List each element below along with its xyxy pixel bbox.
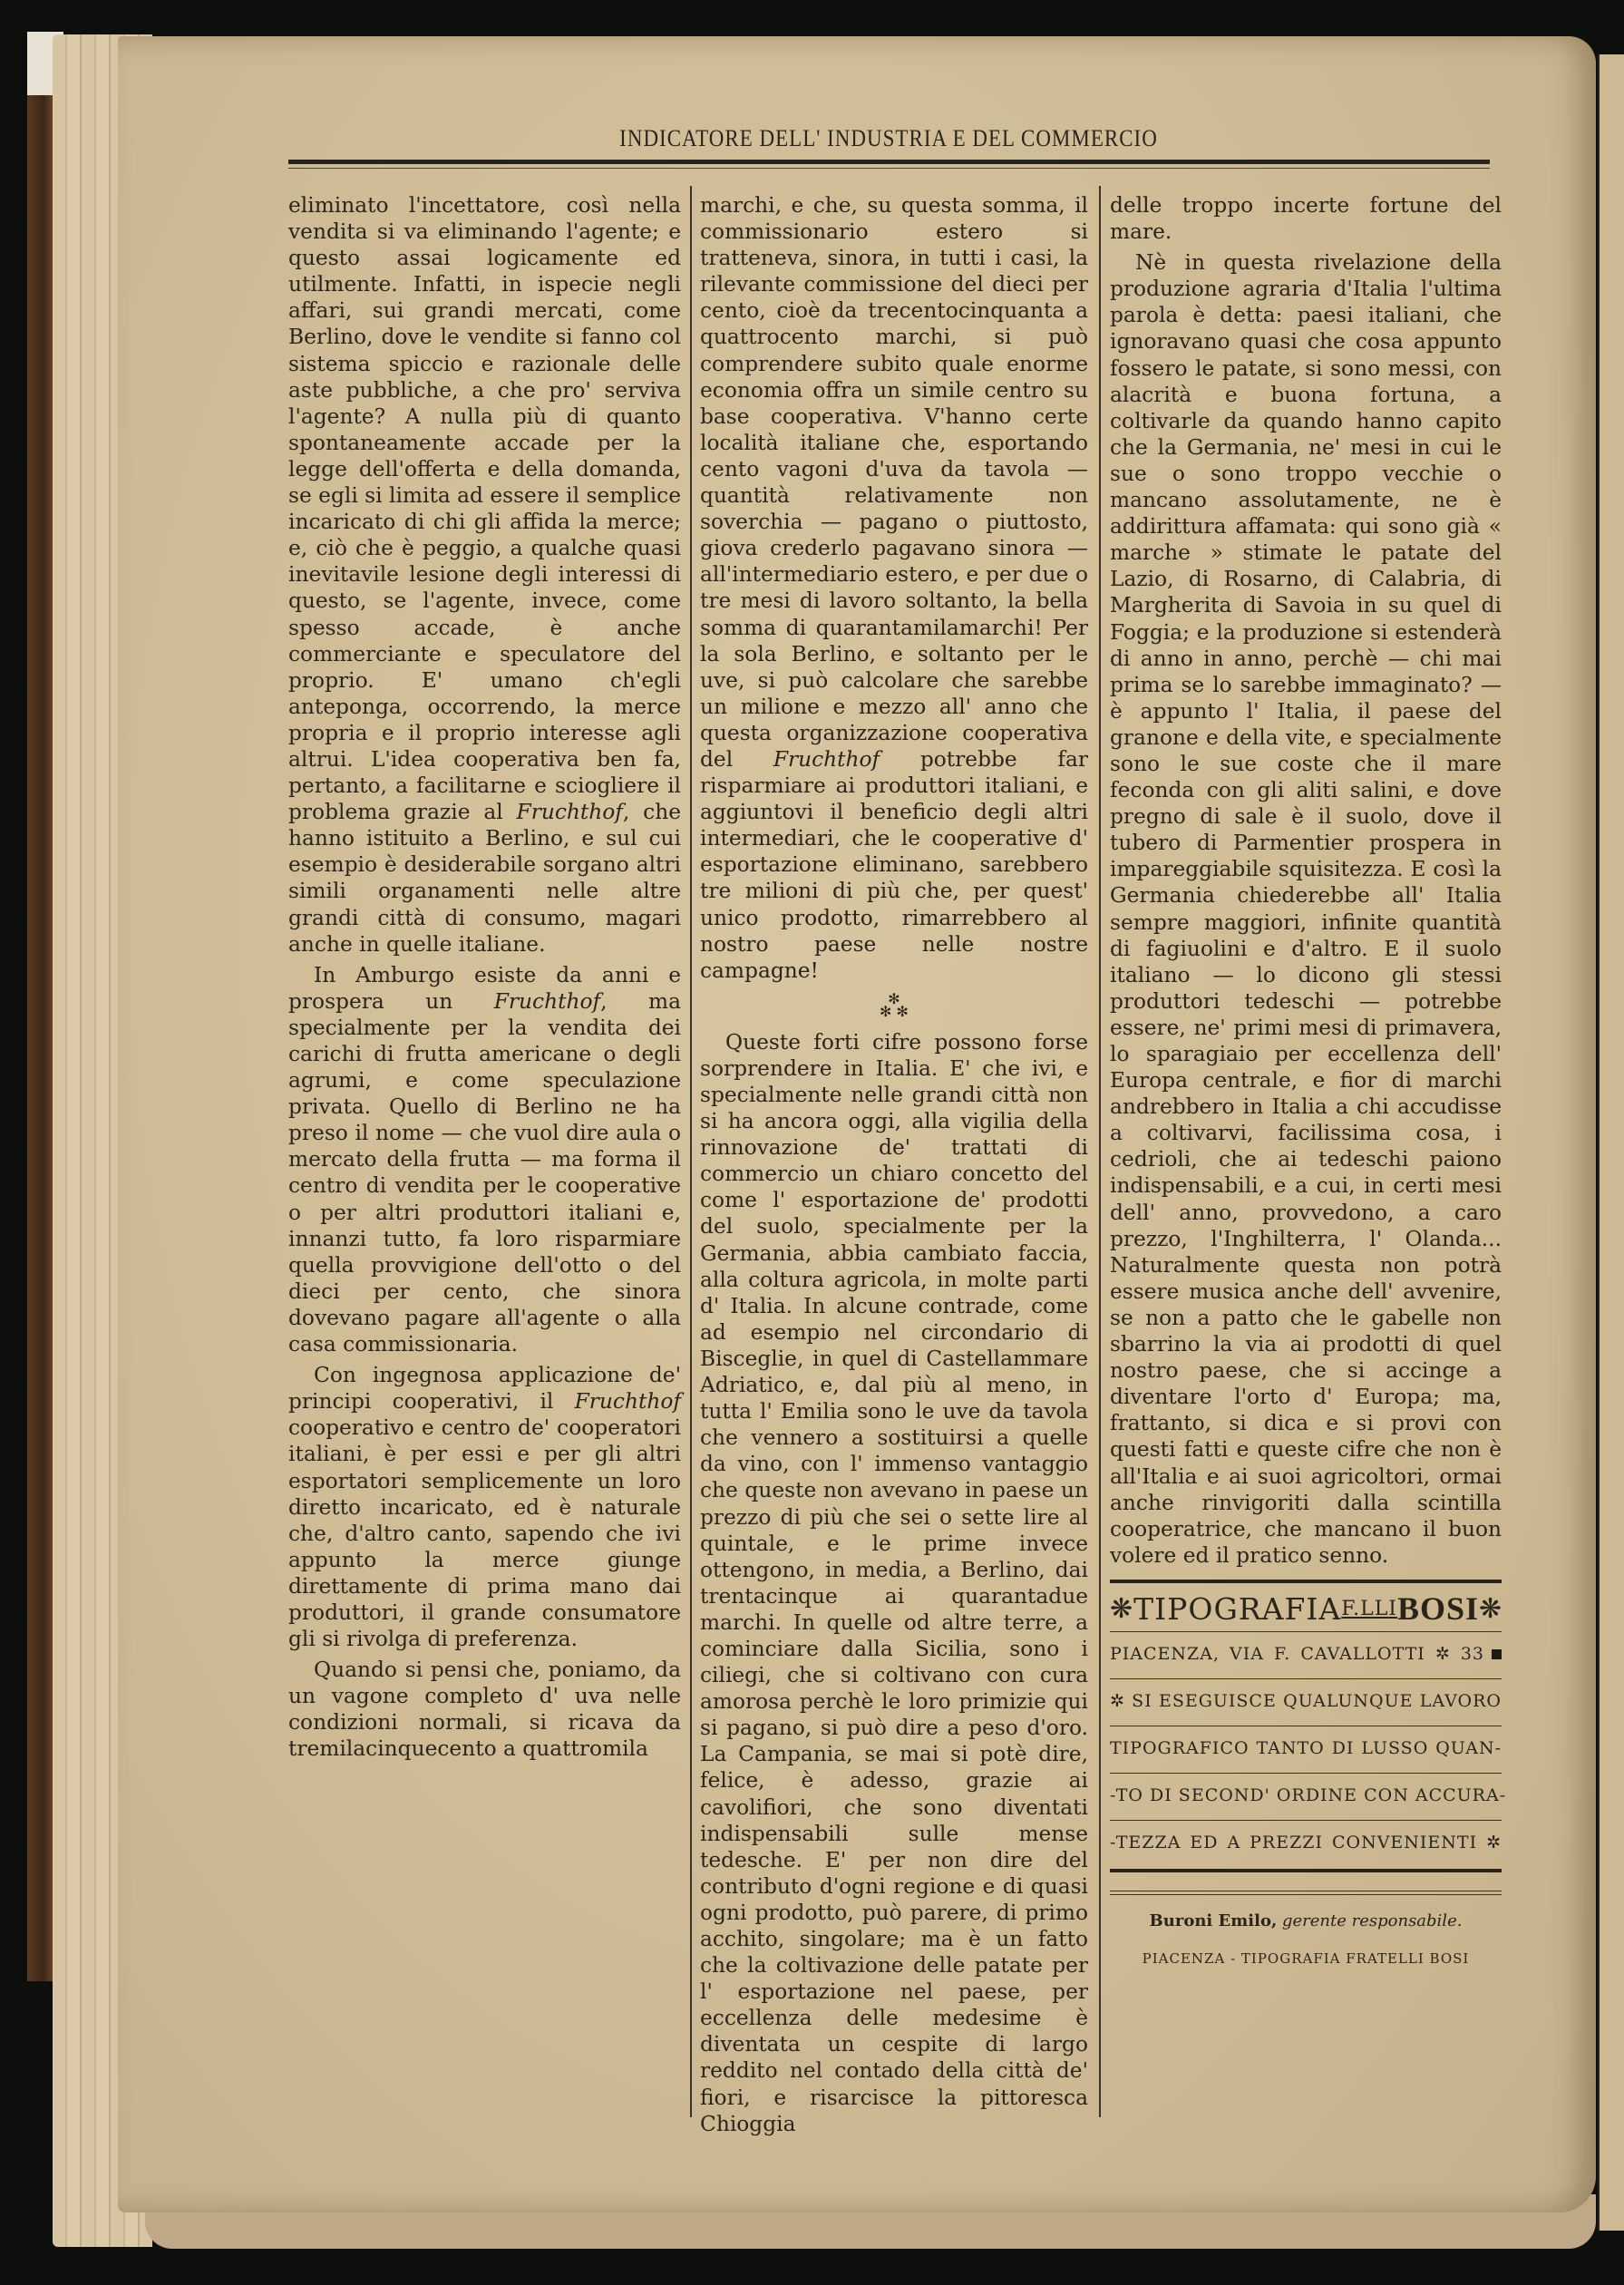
column-divider-2 [1099,186,1101,2117]
footer-double-rule [1110,1891,1502,1895]
column-divider-1 [690,186,692,2117]
advertisement-bottom-rule [1110,1869,1502,1872]
ad-title-bosi: BOSI [1397,1596,1479,1622]
column-left: eliminato l'incettatore, così nella vend… [288,192,681,1763]
paragraph: Nè in questa rivelazione della produzion… [1110,249,1502,1569]
ad-title-tipografia: TIPOGRAFIA [1133,1596,1341,1622]
asterism-separator: ✻✻ ✻ [700,993,1088,1018]
header-rule-thin [288,168,1490,169]
square-bullet-icon [1492,1649,1502,1659]
paragraph: In Amburgo esiste da anni e prospera un … [288,962,681,1357]
ad-line: -TEZZA ED A PREZZI CONVENIENTI ✲ [1110,1820,1502,1867]
advertisement-top-rule [1110,1580,1502,1583]
paragraph: Con ingegnosa applicazione de' principi … [288,1362,681,1652]
ad-line: TIPOGRAFICO TANTO DI LUSSO QUAN- [1110,1726,1502,1773]
ad-line-address: PIACENZA, VIA F. CAVALLOTTI ✲ 33 [1110,1631,1502,1678]
ad-title-flli: F.LLI [1341,1596,1397,1622]
ad-line: -TO DI SECOND' ORDINE CON ACCURA- [1110,1773,1502,1820]
paragraph: delle troppo incerte fortune del mare. [1110,192,1502,245]
header-rule [288,160,1490,164]
ornament-icon: ❋ [1110,1596,1133,1622]
ornament-icon: ❋ [1479,1596,1502,1622]
paragraph: Quando si pensi che, poniamo, da un vago… [288,1657,681,1762]
paragraph: Queste forti cifre possono forse sorpren… [700,1029,1088,2137]
column-middle: marchi, e che, su questa somma, il commi… [700,192,1088,2137]
paragraph: marchi, e che, su questa somma, il commi… [700,192,1088,984]
column-right: delle troppo incerte fortune del mare. N… [1110,192,1502,1972]
ad-line: ✲ SI ESEGUISCE QUALUNQUE LAVORO [1110,1678,1502,1726]
adjacent-page-edge [1598,54,1624,2231]
printer-imprint: PIACENZA - TIPOGRAFIA FRATELLI BOSI [1110,1946,1502,1972]
book-binding-spine [27,32,54,1981]
running-header-title: INDICATORE DELL' INDUSTRIA E DEL COMMERC… [299,125,1478,152]
paragraph: eliminato l'incettatore, così nella vend… [288,192,681,958]
responsible-editor: Buroni Emilo, gerente responsabile. [1110,1908,1502,1934]
advertisement-title: ❋ TIPOGRAFIA F.LLI BOSI ❋ [1110,1596,1502,1622]
